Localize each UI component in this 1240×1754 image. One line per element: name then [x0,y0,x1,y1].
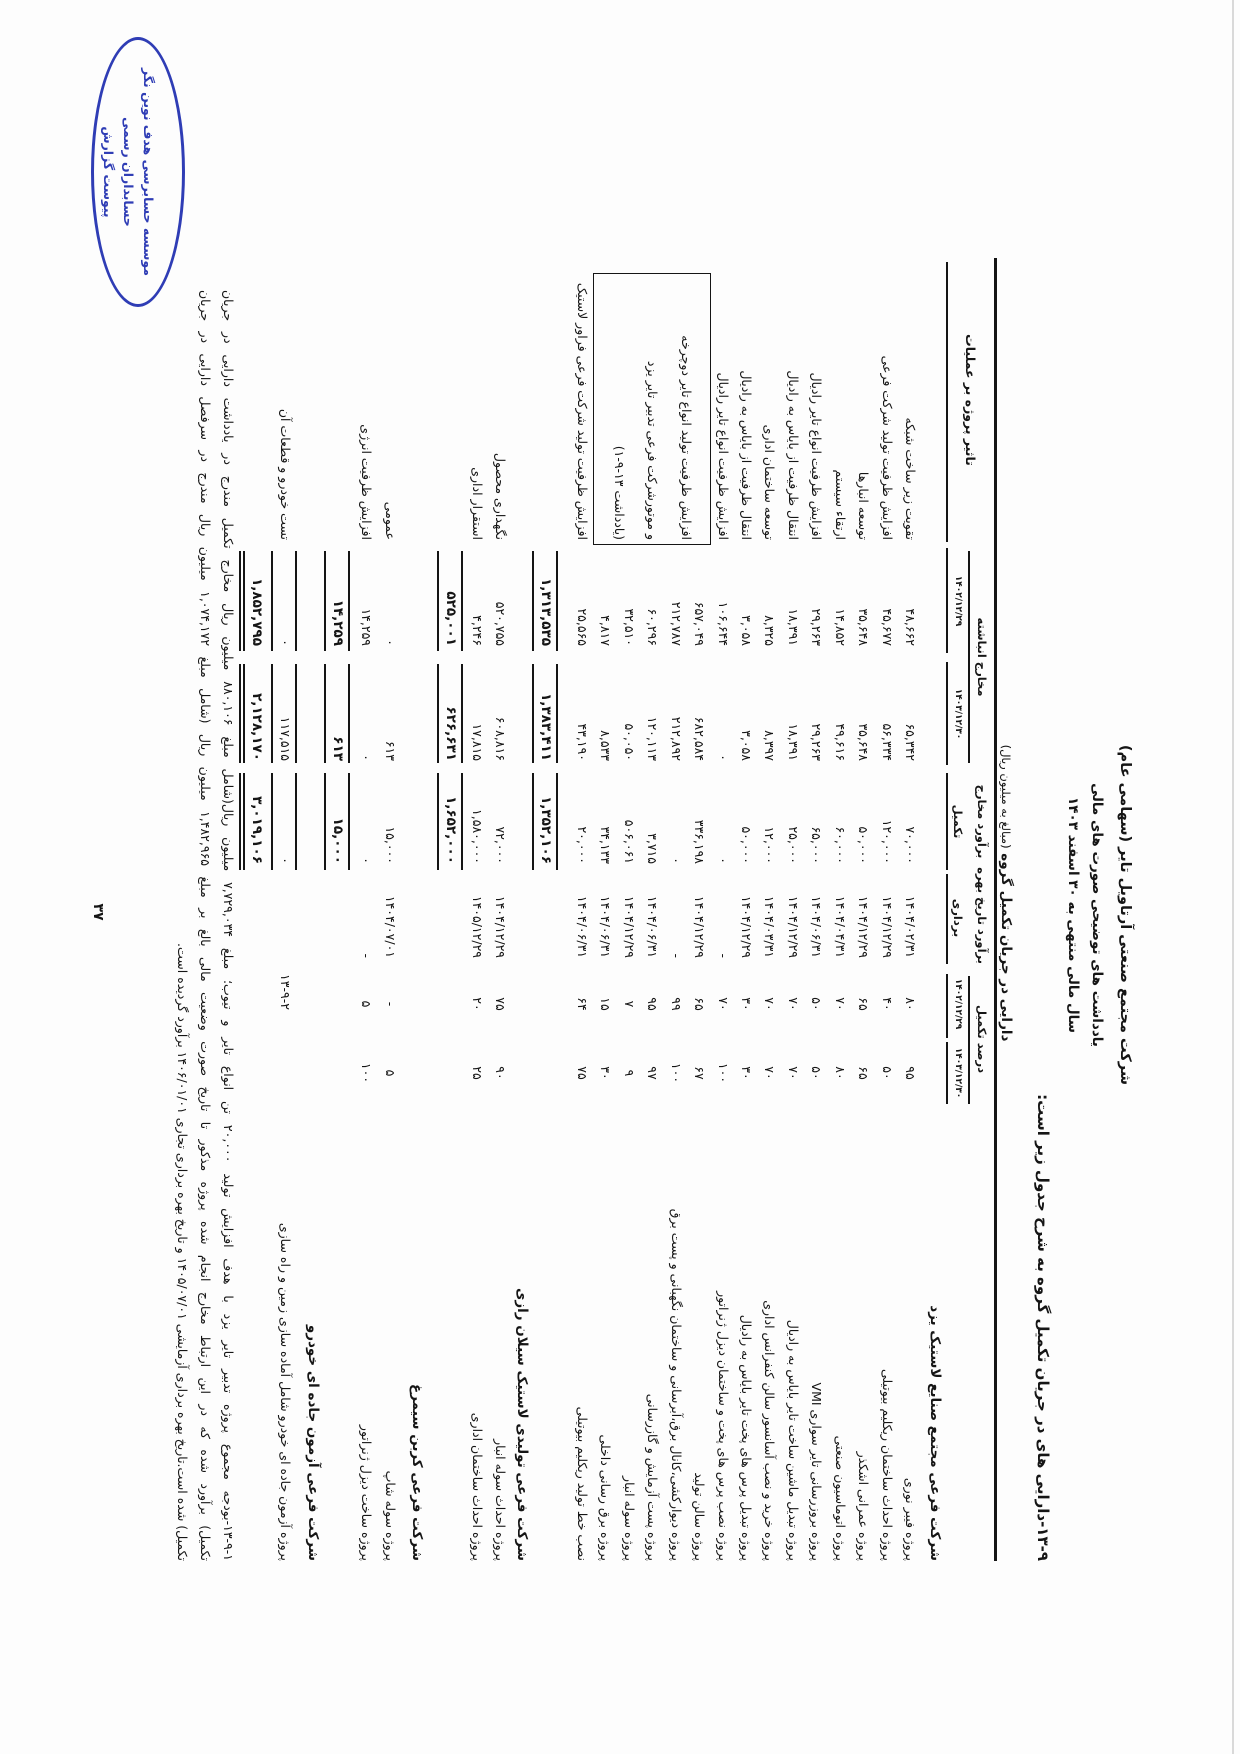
impact-cell: عمومی [381,262,399,540]
acc-1403-cell: ۰ [714,660,732,761]
header-group-rule [969,551,971,763]
total-rule [325,664,327,763]
est-cost-cell: ۱۵,۰۰۰ [381,770,399,864]
page-number: ۳۷ [89,880,107,944]
acc-1402-cell: ۸,۳۲۵ [760,546,778,646]
acc-1402-cell: ۱۴,۸۵۲ [831,546,849,646]
impact-cell: توسعه ساختمان اداری [760,262,778,540]
acc-1402-cell: ۴,۲۴۶ [468,546,486,646]
pct-1402-cell: ۶۴ [573,972,591,1036]
label-cell: پروژه احداث سوله انبار [491,1100,509,1561]
pct-1402-cell: ۴۰ [878,972,896,1036]
header-est-cost-line2: تکمیل [949,773,967,870]
total-rule [272,773,274,870]
impact-box-line: و موتورشرکت فرعی تدبیر تایر یزد [643,262,661,540]
acc-1403-cell: ۳,۰۵۸ [737,660,755,761]
total-rule [349,664,351,763]
acc-1403-cell: ۶۱۳ [381,660,399,761]
pct-1403-cell: ۱۰۰ [667,1040,685,1106]
pct-1403-cell: ۷۰ [760,1040,778,1106]
header-bottom-rule [947,974,949,1038]
acc-1402-total: ۵۲۵,۰۰۱ [442,546,460,646]
pct-1403-cell: ۶۵ [854,1040,872,1106]
notes-subtitle: یادداشت های توضیحی صورت های مالی [1088,700,1106,1130]
est-date-cell: ۱۴۰۴/۰۶/۳۱ [807,868,825,958]
pct-1402-cell: ۷ [620,972,638,1036]
acc-1402-cell: ۲۹,۲۶۳ [807,546,825,646]
pct-1403-cell: ۹۵ [901,1040,919,1106]
group-name: شرکت فرعی کربن سیمرغ [408,1100,426,1561]
table-top-rule [994,258,997,1561]
acc-1403-cell: ۱۸,۳۹۱ [784,660,802,761]
total-rule [438,664,440,763]
pct-1402-cell: ۶۵ [690,972,708,1036]
impact-cell: افزایش ظرفیت انرژی [357,262,375,540]
acc-1402-cell: ۳۲,۵۱۰ [620,546,638,646]
double-rule [244,551,246,651]
pct-1403-cell: ۵۰ [878,1040,896,1106]
est-cost-cell: ۳۳۶,۱۹۸ [690,770,708,864]
header-group-rule [969,976,971,1104]
acc-1403-cell: ۲۹,۲۶۳ [807,660,825,761]
table-caption-title: دارایی در جریان تکمیل گروه [998,853,1014,1041]
pct-1403-cell: ۳۰ [596,1040,614,1106]
label-cell: پروژه سوله شاپ [381,1100,399,1561]
pct-1402-cell: ۸۰ [901,972,919,1036]
note-cell: ۱۳-۹-۲ [276,958,294,1026]
pct-1403-cell: ۶۷ [690,1040,708,1106]
header-bottom-rule [947,773,949,870]
section-heading: ۱۳-۹-دارایی های در جریان تکمیل گروه به ش… [1034,560,1052,1561]
pct-1403-cell: ۱۰۰ [357,1040,375,1106]
acc-1403-cell: ۶۰۸,۸۱۶ [491,660,509,761]
est-date-cell: - [667,868,685,958]
acc-1402-total: ۱,۳۱۳,۵۳۵ [537,546,555,646]
group-name: شرکت فرعی آزمون جاده ای خودرو [304,1100,322,1561]
header-est-date-line2: برداری [949,872,967,964]
est-cost-cell: ۳,۷۱۵ [643,770,661,864]
pct-1403-cell: ۵۰ [807,1040,825,1106]
header-est-cost: برآورد مخارج [973,773,991,870]
est-cost-cell: ۷۰,۰۰۰ [901,770,919,864]
acc-1403-grand-total: ۲,۱۲۸,۱۷۰ [248,660,266,761]
impact-box-line: (یادداشت ۱۳-۹-۱) [610,262,628,540]
pct-1402-cell: ۳۰ [737,972,755,1036]
acc-1402-cell: ۴,۸۱۷ [596,546,614,646]
header-accumulated-cost: مخارج انباشته [973,551,991,763]
label-cell: پروژه عمرانی اشکذر [854,1100,872,1561]
acc-1403-cell: ۶۵,۳۴۲ [901,660,919,761]
acc-1403-total: ۶۲۶,۶۳۱ [442,660,460,761]
header-bottom-rule [947,1042,949,1104]
acc-1403-cell: ۸,۳۹۷ [760,660,778,761]
header-bottom-rule [947,874,949,964]
pct-1402-cell: ۷۰ [784,972,802,1036]
header-bottom-rule [947,662,949,765]
double-rule [240,551,242,651]
est-cost-cell: ۰ [714,770,732,864]
header-acc-1403: ۱۴۰۳/۱۲/۳۰ [949,664,967,764]
pct-1402-cell: - [381,972,399,1036]
total-rule [462,773,464,870]
total-rule [533,773,535,870]
header-acc-1402: ۱۴۰۲/۱۲/۲۹ [949,551,967,651]
label-cell: پروژه خرید و نصب آسانسور سالن کنفرانس اد… [760,1100,778,1561]
label-cell: پروژه سالن تولید [690,1100,708,1561]
acc-1403-cell: ۱۱۷,۵۱۵ [276,660,294,761]
total-rule [325,773,327,870]
total-rule [438,551,440,651]
label-cell: پروژه نصب پرس های پخت و ساختمان دیزل ژنر… [714,1100,732,1561]
pct-1403-cell: ۳۰ [737,1040,755,1106]
est-date-cell: ۱۴۰۴/۱۲/۲۹ [620,868,638,958]
header-est-date: برآورد تاریخ بهره [973,872,991,964]
pct-1402-cell: ۵ [357,972,375,1036]
pct-1402-cell: ۱۵ [596,972,614,1036]
acc-1402-cell: ۳۵,۶۴۸ [854,546,872,646]
acc-1403-cell: ۶۸۲,۵۸۴ [690,660,708,761]
header-pct-1403: ۱۴۰۳/۱۲/۳۰ [949,1040,967,1106]
est-cost-cell: ۲۰,۰۰۰ [573,770,591,864]
label-cell: پروژه احداث ساختمان ریکلیم بیوتیلی [878,1100,896,1561]
acc-1403-cell: ۴۹,۶۱۶ [831,660,849,761]
pct-1402-cell: ۵۰ [807,972,825,1036]
acc-1402-cell: ۴۵,۶۷۷ [878,546,896,646]
total-rule [533,664,535,763]
est-cost-cell: ۷۲,۰۰۰ [491,770,509,864]
label-cell: پروژه فیبر نوری [901,1100,919,1561]
est-date-cell: ۱۴۰۴/۱۲/۲۹ [878,868,896,958]
est-cost-cell: ۵۰,۰۰۰ [854,770,872,864]
est-cost-total: ۱۵,۰۰۰ [329,770,347,864]
acc-1402-cell: ۳,۰۵۸ [737,546,755,646]
est-date-cell: ۱۴۰۴/۱۲/۲۹ [690,868,708,958]
total-rule [462,664,464,763]
acc-1402-cell: ۲۵,۵۶۵ [573,546,591,646]
label-cell: پروژه برق رسانی داخلی [596,1100,614,1561]
est-cost-grand-total: ۳,۰۱۹,۱۰۶ [248,770,266,864]
est-cost-cell: ۰ [276,770,294,864]
impact-cell: توسعه انبارها [854,262,872,540]
label-cell: پروژه ساخت دیزل ژنراتور [357,1100,375,1561]
acc-1403-cell: ۱۷,۸۱۵ [468,660,486,761]
acc-1403-cell: ۸,۵۳۳ [596,660,614,761]
header-bottom-rule [947,548,949,653]
total-rule [349,551,351,651]
pct-1402-cell: ۷۵ [491,972,509,1036]
acc-1403-total: ۶۱۳ [329,660,347,761]
total-rule [533,551,535,651]
est-cost-cell: ۶۵,۰۰۰ [807,770,825,864]
impact-cell: نگهداری محصول [491,262,509,540]
double-rule [240,664,242,763]
pct-1402-cell: ۷۰ [760,972,778,1036]
pct-1402-cell: ۲۰ [468,972,486,1036]
stamp-line-firm: موسسه حسابرسی هدف نوین نگر [139,47,157,297]
pct-1403-cell: ۷۰ [784,1040,802,1106]
label-cell: پروژه تبدیل پرس های پخت تایر بایاس به را… [737,1100,755,1561]
pct-1403-cell: ۱۰۰ [714,1040,732,1106]
est-date-cell: ۱۴۰۴/۰۶/۳۱ [573,868,591,958]
total-rule [438,773,440,870]
impact-cell: ارتقاء سیستم [831,262,849,540]
est-cost-cell: ۵۰۶,۰۶۱ [620,770,638,864]
group-name: شرکت فرعی مجتمع صنایع لاستیک یزد [926,1100,944,1561]
label-cell: پروژه احداث ساختمان اداری [468,1100,486,1561]
pct-1402-cell: ۹۵ [643,972,661,1036]
label-cell: پروژه آزمون جاده ای خودرو شامل آماده ساز… [276,1100,294,1561]
label-cell: پروژه تبدیل ماشین ساخت تایر بایاس به راد… [784,1100,802,1561]
total-rule [462,551,464,651]
est-date-cell: ۱۴۰۴/۱۲/۲۹ [854,868,872,958]
impact-cell: افزایش ظرفیت انواع تایر رادیال [714,262,732,540]
est-date-cell: ۱۴۰۴/۰۷/۰۱ [381,868,399,958]
est-date-cell: ۱۴۰۴/۰۶/۳۱ [596,868,614,958]
pct-1402-cell: ۷۰ [831,972,849,1036]
footnote-line-1: ۱۳-۹-۱-بودجه مجموع پروژه تدبیر تایر یزد … [219,290,237,1561]
est-date-cell: ۱۴۰۴/۰۴/۳۱ [831,868,849,958]
acc-1403-cell: ۵۰,۰۵۰ [620,660,638,761]
total-rule [325,551,327,651]
double-rule [244,773,246,870]
acc-1402-total: ۱۴,۲۵۹ [329,546,347,646]
acc-1403-cell: ۳۵,۶۴۸ [854,660,872,761]
header-impact: تاثیر پروژه بر عملیات [961,270,979,530]
rotated-document: شرکت مجتمع صنعتی آرتاویل تایر (سهامی عام… [0,0,1240,1754]
acc-1402-cell: ۶۰,۲۹۶ [643,546,661,646]
total-rule [296,664,298,763]
footnote-line-2: تکمیل) برآورد شده که در این ارتباط مخارج… [196,290,214,1561]
pct-1403-cell: ۹۷ [643,1040,661,1106]
est-cost-cell: ۵۰,۰۰۰ [737,770,755,864]
double-rule [244,664,246,763]
footnote-line-3: تکمیل) شده است.تاریخ بهره برداری آزمایشی… [173,290,191,1561]
group-name: شرکت فرعی تولیدی لاستیک سیلان رازی [513,1100,531,1561]
est-cost-cell: ۳۴,۱۳۳ [596,770,614,864]
pct-1403-cell: ۷۵ [573,1040,591,1106]
impact-box-line: افزایش ظرفیت تولید انواع تایر دوچرخه [677,262,695,540]
total-rule [272,664,274,763]
table-unit-note: (مبالغ به میلیون ریال) [999,745,1013,849]
acc-1403-cell: ۲۱۲,۸۹۲ [667,660,685,761]
acc-1402-cell: ۲۱۲,۷۸۷ [667,546,685,646]
impact-cell: تقویت زیر ساخت شبکه [901,262,919,540]
impact-cell: افزایش ظرفیت انواع تایر رادیال [807,262,825,540]
est-date-cell: ۱۴۰۴/۱۲/۲۹ [737,868,755,958]
label-cell: نصب خط تولید ریکلیم بیوتیلی [573,1100,591,1561]
est-date-cell: - [714,868,732,958]
est-cost-cell: ۱۲۰,۰۰۰ [878,770,896,864]
acc-1402-cell: ۱۰۶,۶۴۴ [714,546,732,646]
est-date-cell: ۱۴۰۴/۰۳/۳۱ [760,868,778,958]
total-rule [557,773,559,870]
pct-1403-cell: ۸۰ [831,1040,849,1106]
document-page: شرکت مجتمع صنعتی آرتاویل تایر (سهامی عام… [0,0,1240,1754]
pct-1402-cell: ۶۵ [854,972,872,1036]
acc-1402-grand-total: ۱,۸۵۲,۷۹۵ [248,546,266,646]
est-date-cell: ۱۴۰۵/۱۲/۲۹ [468,868,486,958]
pct-1403-cell: ۵ [381,1040,399,1106]
pct-1403-cell: ۲۵ [468,1040,486,1106]
total-rule [296,551,298,651]
est-date-cell: - [357,868,375,958]
pct-1403-cell: ۹ [620,1040,638,1106]
est-cost-total: ۱,۳۵۲,۱۰۶ [537,770,555,864]
est-cost-cell: ۲۵,۰۰۰ [784,770,802,864]
company-title: شرکت مجتمع صنعتی آرتاویل تایر (سهامی عام… [1116,700,1134,1130]
label-cell: پروژه اتوماسیون صنعتی [831,1100,849,1561]
header-progress: درصد تکمیل [973,972,991,1106]
header-bottom-rule [947,262,949,542]
table-caption: دارایی در جریان تکمیل گروه (مبالغ به میل… [997,680,1015,1106]
est-cost-cell: ۱,۵۸۰,۰۰۰ [468,770,486,864]
double-rule [240,773,242,870]
impact-cell: استقرار اداری [468,262,486,540]
stamp-line-accountants: حسابداران رسمی [119,47,137,297]
impact-cell: انتقال ظرفیت از بایاس به رادیال [784,262,802,540]
label-cell: پروژه پست آزمایش و گازرسانی [643,1100,661,1561]
acc-1402-cell: ۱۴,۲۵۹ [357,546,375,646]
acc-1402-cell: ۰ [276,546,294,646]
est-cost-cell: ۶۰,۰۰۰ [831,770,849,864]
total-rule [557,551,559,651]
acc-1402-cell: ۵۲۰,۷۵۵ [491,546,509,646]
acc-1402-cell: ۰ [381,546,399,646]
pct-1403-cell: ۹۰ [491,1040,509,1106]
impact-cell: افزایش ظرفیت تولید شرکت فرعی [878,262,896,540]
acc-1403-cell: ۵۶,۳۳۴ [878,660,896,761]
stamp-line-attachment: پیوست گزارش [99,47,117,297]
label-cell: پروژه دیوارکشی،کانال برق،آبرسانی و ساختم… [667,1100,685,1561]
est-date-cell: ۱۴۰۴/۱۲/۲۹ [784,868,802,958]
acc-1403-total: ۱,۳۸۳,۴۱۱ [537,660,555,761]
total-rule [557,664,559,763]
est-cost-total: ۱,۶۵۲,۰۰۰ [442,770,460,864]
header-pct-1402: ۱۴۰۲/۱۲/۲۹ [949,972,967,1036]
est-cost-cell: ۰ [667,770,685,864]
total-rule [272,551,274,651]
impact-cell: تست خودرو و قطعات آن [276,262,294,540]
label-cell: پروژه سوله انبار [620,1100,638,1561]
pct-1402-cell: ۹۹ [667,972,685,1036]
est-cost-cell: ۰ [357,770,375,864]
est-date-cell: ۱۴۰۴/۰۲/۳۱ [901,868,919,958]
acc-1402-cell: ۶۵۷,۰۴۹ [690,546,708,646]
acc-1403-cell: ۰ [357,660,375,761]
est-cost-cell: ۱۲,۰۰۰ [760,770,778,864]
acc-1403-cell: ۴۳,۱۹۰ [573,660,591,761]
impact-cell: انتقال ظرفیت از بایاس به رادیال [737,262,755,540]
total-rule [296,773,298,870]
acc-1403-cell: ۱۲۰,۱۱۳ [643,660,661,761]
fiscal-period: سال مالی منتهی به ۳۰ اسفند ۱۴۰۳ [1064,700,1082,1130]
impact-cell: افزایش ظرفیت تولید شرکت فرعی فراور لاستی… [573,262,591,540]
acc-1402-cell: ۱۸,۳۹۱ [784,546,802,646]
total-rule [349,773,351,870]
est-date-cell: ۱۴۰۴/۰۶/۳۱ [643,868,661,958]
label-cell: پروژه بروزرسانی تایر سواری VMI [807,1100,825,1561]
est-date-cell: ۱۴۰۴/۱۲/۲۹ [491,868,509,958]
pct-1402-cell: ۷۰ [714,972,732,1036]
acc-1402-cell: ۴۸,۶۶۲ [901,546,919,646]
